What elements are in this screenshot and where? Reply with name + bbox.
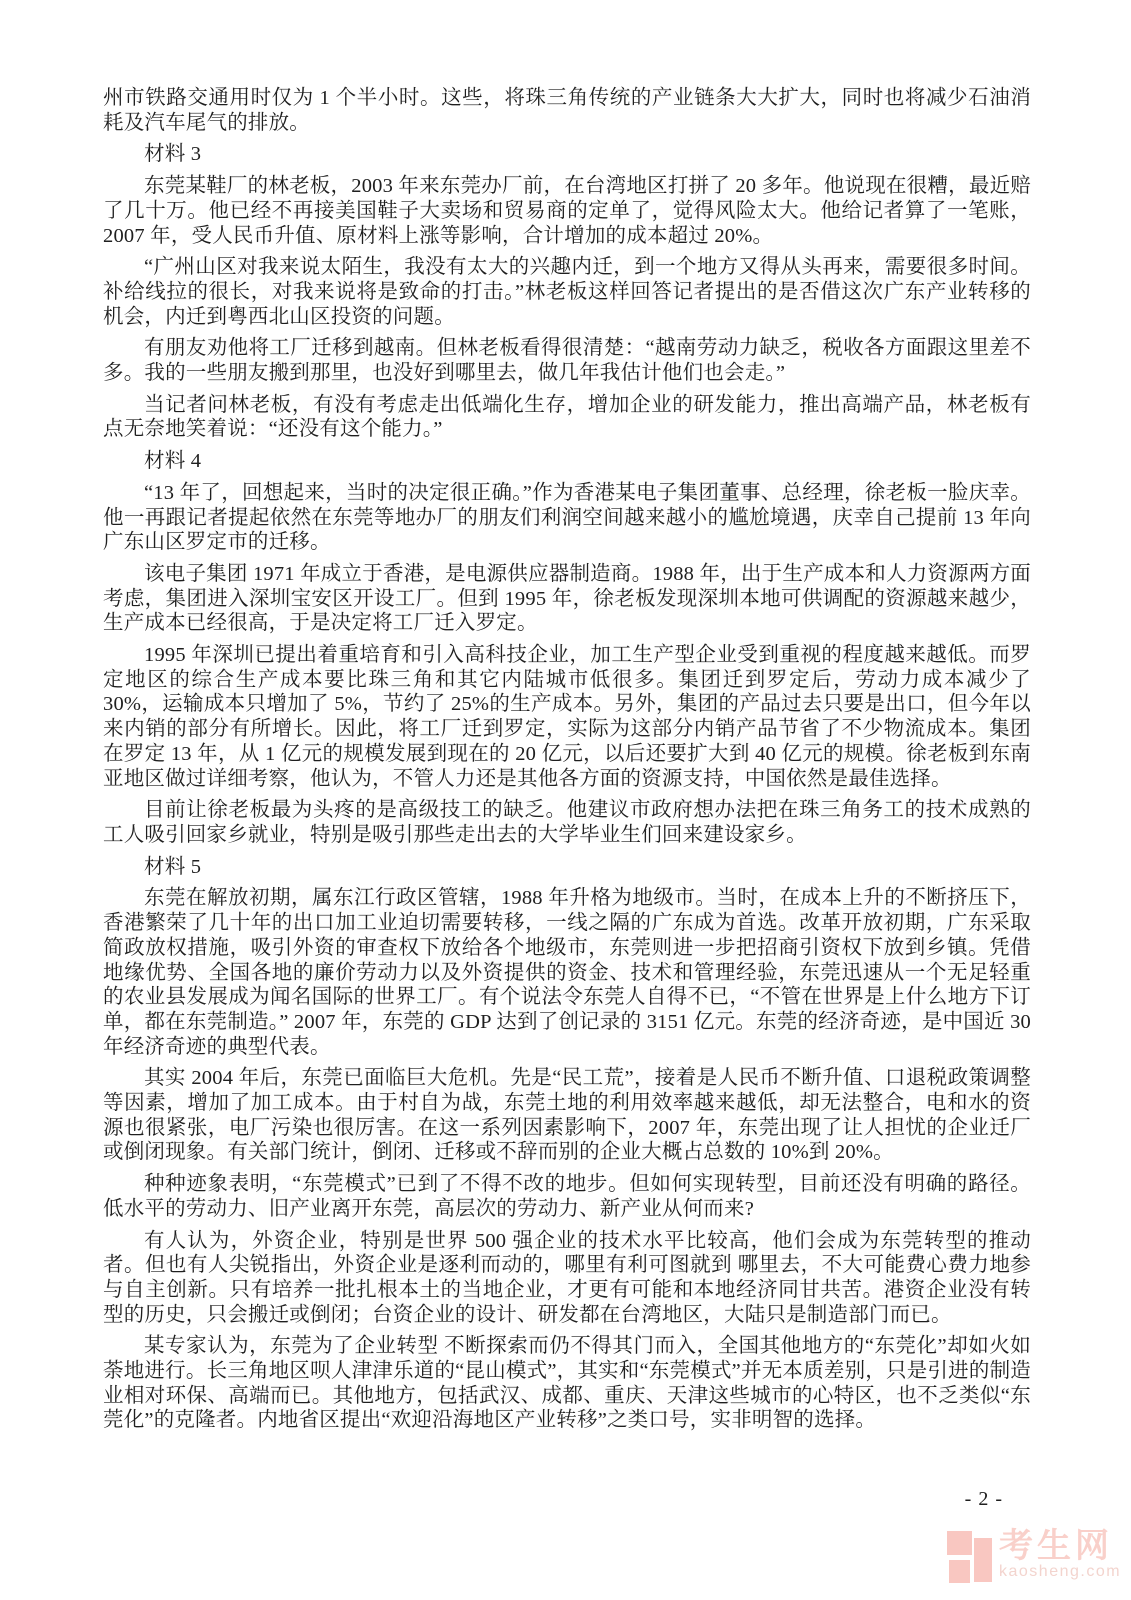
- paragraph: 1995 年深圳已提出着重培育和引入高科技企业，加工生产型企业受到重视的程度越来…: [103, 643, 1031, 791]
- material-4-heading: 材料 4: [103, 449, 1031, 474]
- kaosheng-watermark: 考生网 kaosheng.com: [945, 1529, 1121, 1585]
- paragraph: “广州山区对我来说太陌生，我没有太大的兴趣内迁，到一个地方又得从头再来，需要很多…: [103, 255, 1031, 329]
- paragraph: 目前让徐老板最为头疼的是高级技工的缺乏。他建议市政府想办法把在珠三角务工的技术成…: [103, 798, 1031, 847]
- document-page: 州市铁路交通用时仅为 1 个半小时。这些，将珠三角传统的产业链条大大扩大，同时也…: [0, 0, 1131, 1600]
- logo-block-bottom-left: [949, 1560, 970, 1583]
- logo-block-top-left: [947, 1531, 972, 1555]
- paragraph: “13 年了，回想起来，当时的决定很正确。”作为香港某电子集团董事、总经理，徐老…: [103, 481, 1031, 555]
- paragraph-continuation: 州市铁路交通用时仅为 1 个半小时。这些，将珠三角传统的产业链条大大扩大，同时也…: [103, 86, 1031, 135]
- kaosheng-logo-icon: [945, 1529, 995, 1585]
- watermark-text: 考生网 kaosheng.com: [999, 1529, 1121, 1580]
- watermark-brand-text: 考生网: [999, 1529, 1121, 1563]
- paragraph: 当记者问林老板，有没有考虑走出低端化生存，增加企业的研发能力，推出高端产品，林老…: [103, 393, 1031, 442]
- material-3-heading: 材料 3: [103, 142, 1031, 167]
- material-5-heading: 材料 5: [103, 855, 1031, 880]
- paragraph: 东莞某鞋厂的林老板，2003 年来东莞办厂前，在台湾地区打拼了 20 多年。他说…: [103, 174, 1031, 248]
- paragraph: 种种迹象表明，“东莞模式”已到了不得不改的地步。但如何实现转型，目前还没有明确的…: [103, 1172, 1031, 1221]
- page-number: - 2 -: [965, 1487, 1003, 1511]
- paragraph: 其实 2004 年后，东莞已面临巨大危机。先是“民工荒”，接着是人民币不断升值、…: [103, 1066, 1031, 1165]
- watermark-domain-text: kaosheng.com: [999, 1564, 1121, 1580]
- paragraph: 有朋友劝他将工厂迁移到越南。但林老板看得很清楚：“越南劳动力缺乏，税收各方面跟这…: [103, 336, 1031, 385]
- paragraph: 有人认为，外资企业，特别是世界 500 强企业的技术水平比较高，他们会成为东莞转…: [103, 1229, 1031, 1328]
- logo-block-right-bar: [974, 1538, 992, 1582]
- paragraph: 东莞在解放初期，属东江行政区管辖，1988 年升格为地级市。当时，在成本上升的不…: [103, 886, 1031, 1059]
- text-block: 州市铁路交通用时仅为 1 个半小时。这些，将珠三角传统的产业链条大大扩大，同时也…: [103, 86, 1031, 1440]
- paragraph: 某专家认为，东莞为了企业转型 不断探索而仍不得其门而入，全国其他地方的“东莞化”…: [103, 1334, 1031, 1433]
- paragraph: 该电子集团 1971 年成立于香港，是电源供应器制造商。1988 年，出于生产成…: [103, 562, 1031, 636]
